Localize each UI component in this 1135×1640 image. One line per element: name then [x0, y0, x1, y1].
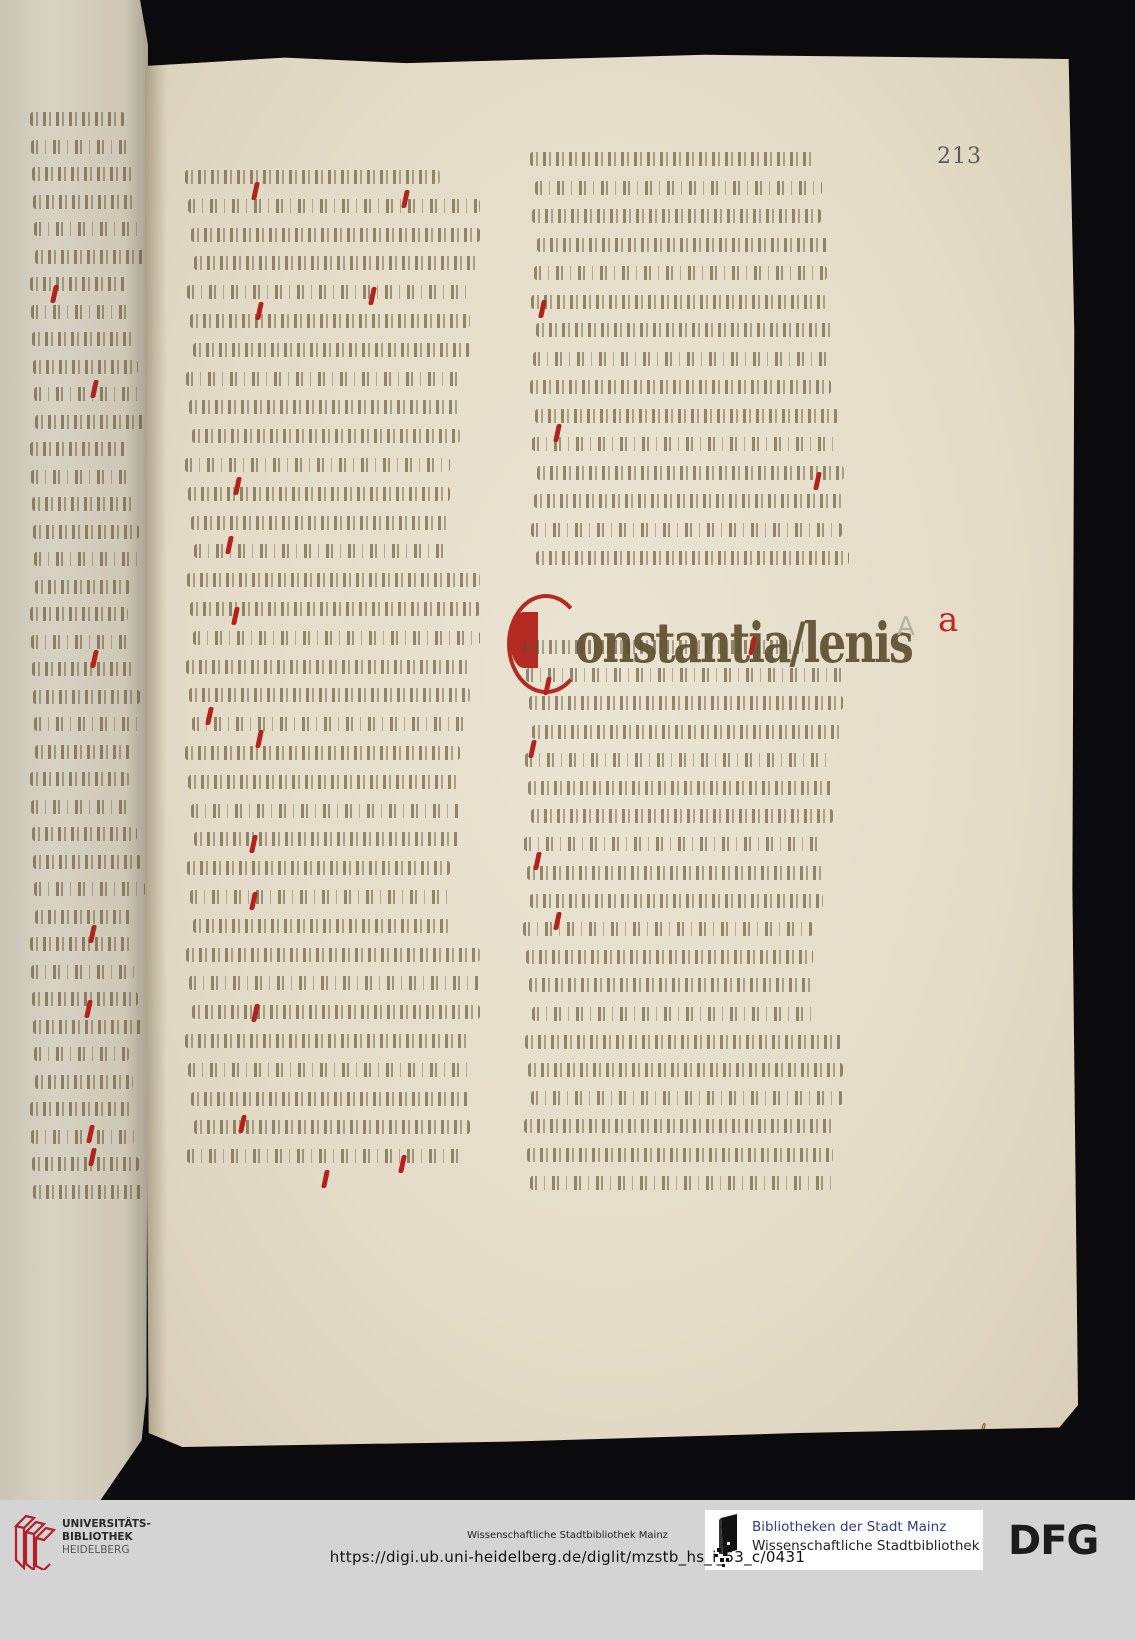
script-line — [35, 250, 145, 264]
script-line — [527, 1148, 833, 1162]
script-line — [30, 1102, 131, 1116]
script-line — [31, 305, 130, 319]
script-line — [527, 866, 823, 880]
script-line — [186, 372, 460, 386]
script-line — [192, 717, 470, 731]
script-line — [30, 607, 128, 621]
script-line — [187, 285, 470, 299]
script-line — [535, 409, 838, 423]
pencil-margin-letter: A — [897, 612, 915, 642]
script-line — [35, 415, 146, 429]
script-line — [31, 470, 131, 484]
script-line — [536, 323, 833, 337]
script-line — [34, 552, 143, 566]
script-line — [33, 690, 140, 704]
script-line — [190, 890, 450, 904]
script-line — [33, 360, 138, 374]
right-page-recto: 213 onstantia/lenis A a ℓ — [145, 52, 1078, 1447]
script-line — [191, 1092, 470, 1106]
script-line — [193, 919, 450, 933]
script-line — [34, 387, 142, 401]
script-line — [524, 1119, 833, 1133]
gutter-shadow — [145, 52, 167, 1447]
script-line — [188, 775, 460, 789]
script-line — [531, 1091, 843, 1105]
script-line — [188, 199, 480, 213]
script-line — [186, 948, 480, 962]
script-line — [185, 458, 450, 472]
folio-number: 213 — [937, 144, 982, 169]
script-line — [536, 551, 849, 565]
script-line — [532, 437, 837, 451]
script-line — [534, 494, 843, 508]
edge-mark: ℓ — [980, 1420, 987, 1439]
script-line — [523, 640, 803, 654]
script-line — [530, 152, 815, 166]
script-line — [188, 487, 450, 501]
script-line — [32, 1157, 139, 1171]
script-line — [194, 544, 450, 558]
script-line — [187, 1149, 460, 1163]
script-line — [35, 1075, 133, 1089]
script-line — [187, 573, 480, 587]
script-line — [189, 688, 470, 702]
script-line — [35, 745, 131, 759]
script-line — [33, 855, 141, 869]
script-line — [535, 181, 822, 195]
left-page-verso — [0, 0, 148, 1500]
script-line — [34, 882, 145, 896]
script-line — [33, 1020, 142, 1034]
script-line — [531, 295, 826, 309]
script-line — [35, 580, 130, 594]
red-margin-letter: a — [938, 600, 958, 640]
script-line — [194, 832, 460, 846]
script-line — [30, 772, 129, 786]
script-line — [185, 746, 460, 760]
red-rubric-mark — [251, 182, 260, 200]
script-line — [193, 343, 470, 357]
script-line — [190, 314, 470, 328]
script-line — [34, 1047, 129, 1061]
script-line — [189, 976, 480, 990]
script-line — [530, 380, 831, 394]
script-line — [31, 140, 129, 154]
script-line — [35, 910, 132, 924]
script-line — [531, 523, 842, 537]
script-line — [33, 195, 137, 209]
script-line — [33, 1185, 143, 1199]
script-line — [525, 1035, 843, 1049]
script-line — [530, 1176, 833, 1190]
red-rubric-mark — [321, 1170, 330, 1188]
script-line — [30, 112, 125, 126]
script-line — [30, 442, 127, 456]
script-line — [531, 809, 833, 823]
script-line — [193, 631, 480, 645]
script-line — [529, 696, 843, 710]
script-line — [187, 861, 450, 875]
script-line — [532, 725, 843, 739]
script-line — [528, 1063, 843, 1077]
script-line — [537, 466, 844, 480]
script-line — [532, 1007, 813, 1021]
script-line — [192, 1005, 480, 1019]
script-line — [537, 238, 828, 252]
script-line — [33, 525, 139, 539]
script-line — [526, 950, 813, 964]
script-line — [32, 332, 134, 346]
script-line — [534, 266, 827, 280]
holding-library-caption: Wissenschaftliche Stadtbibliothek Mainz — [0, 1530, 1135, 1541]
manuscript-scan: 213 onstantia/lenis A a ℓ — [0, 0, 1135, 1500]
script-line — [31, 965, 134, 979]
footer: UNIVERSITÄTS- BIBLIOTHEK HEIDELBERG Bibl… — [0, 1500, 1135, 1640]
script-line — [185, 170, 440, 184]
script-line — [530, 894, 823, 908]
script-line — [526, 668, 843, 682]
script-line — [191, 804, 460, 818]
script-line — [533, 352, 832, 366]
script-line — [31, 800, 133, 814]
script-line — [194, 256, 480, 270]
script-line — [34, 222, 141, 236]
script-line — [32, 497, 135, 511]
script-line — [532, 209, 821, 223]
script-line — [191, 228, 480, 242]
script-line — [30, 277, 126, 291]
script-line — [32, 992, 138, 1006]
script-line — [31, 635, 132, 649]
script-line — [34, 717, 144, 731]
script-line — [186, 660, 470, 674]
script-line — [189, 400, 460, 414]
script-line — [30, 937, 130, 951]
script-line — [32, 167, 133, 181]
script-line — [529, 978, 813, 992]
script-line — [185, 1034, 470, 1048]
script-line — [524, 837, 823, 851]
script-line — [525, 753, 833, 767]
script-line — [32, 827, 137, 841]
script-line — [188, 1063, 470, 1077]
script-line — [32, 662, 136, 676]
script-line — [523, 922, 813, 936]
script-line — [31, 1130, 135, 1144]
script-line — [191, 516, 450, 530]
script-line — [194, 1120, 470, 1134]
permalink-url[interactable]: https://digi.ub.uni-heidelberg.de/diglit… — [0, 1548, 1135, 1566]
script-line — [192, 429, 460, 443]
script-line — [528, 781, 833, 795]
